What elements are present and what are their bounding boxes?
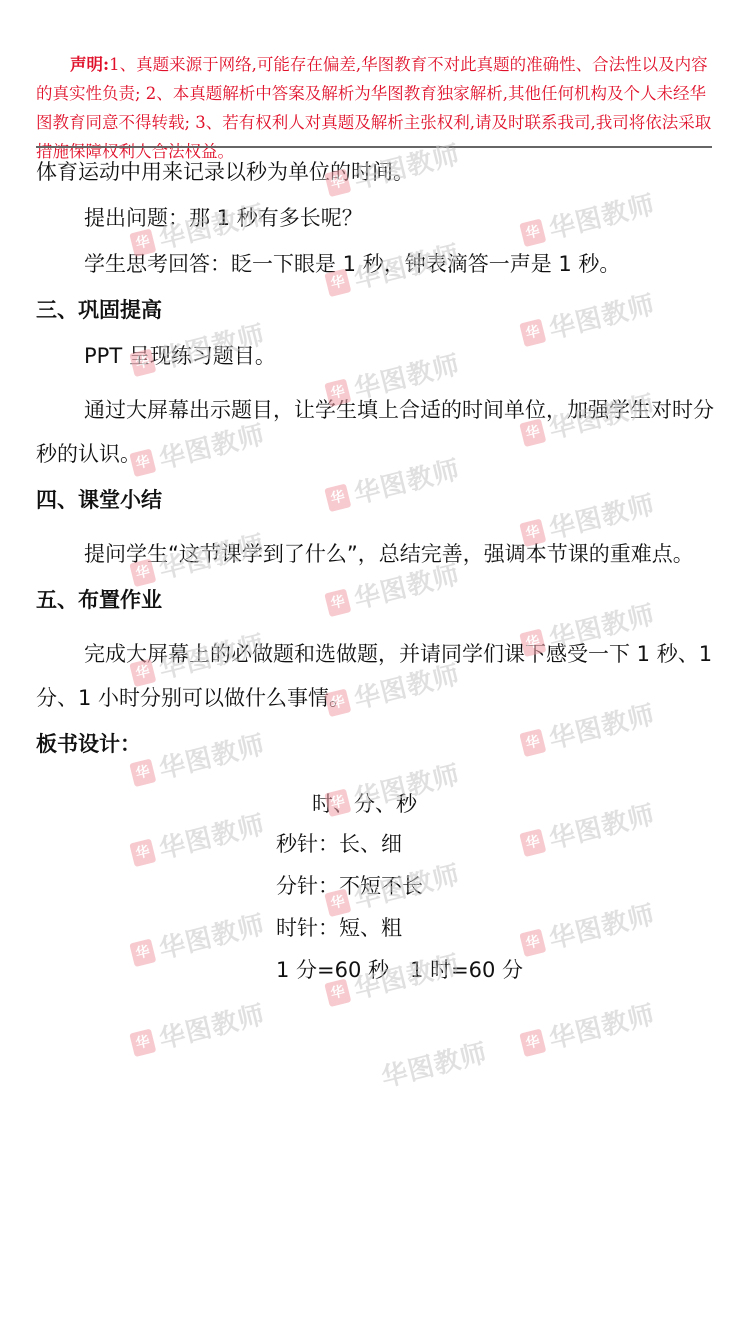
watermark: 华华图教师 [128,994,269,1063]
document-body: 体育运动中用来记录以秒为单位的时间。 提出问题：那 1 秒有多长呢？ 学生思考回… [36,158,716,776]
paragraph: 通过大屏幕出示题目，让学生填上合适的时间单位，加强学生对时分秒的认识。 [36,388,716,476]
watermark: 华华图教师 [128,804,269,873]
watermark-logo-icon: 华 [129,1028,156,1057]
paragraph: 提出问题：那 1 秒有多长呢？ [36,204,716,232]
disclaimer-notice: 声明:1、真题来源于网络,可能存在偏差,华图教育不对此真题的准确性、合法性以及内… [36,50,712,166]
paragraph: PPT 呈现练习题目。 [36,342,716,370]
disclaimer-lead: 声明: [70,55,109,74]
paragraph: 完成大屏幕上的必做题和选做题，并请同学们课下感受一下 1 秒、1 分、1 小时分… [36,632,716,720]
watermark-logo-icon: 华 [129,838,156,867]
watermark: 华华图教师 [518,794,659,863]
watermark: 华图教师 [377,1032,491,1094]
watermark: 华华图教师 [518,994,659,1063]
watermark-logo-icon: 华 [519,828,546,857]
paragraph: 体育运动中用来记录以秒为单位的时间。 [36,158,716,186]
header-divider [36,146,712,148]
board-row: 分针：不短不长 [276,872,523,900]
board-title: 时、分、秒 [276,790,523,818]
section-heading: 四、课堂小结 [36,486,716,514]
paragraph: 提问学生“这节课学到了什么”，总结完善，强调本节课的重难点。 [36,532,716,576]
board-design: 时、分、秒 秒针：长、细 分针：不短不长 时针：短、粗 1 分=60 秒 1 时… [276,790,523,998]
paragraph: 学生思考回答：眨一下眼是 1 秒，钟表滴答一声是 1 秒。 [36,250,716,278]
section-heading: 三、巩固提高 [36,296,716,324]
watermark-logo-icon: 华 [129,938,156,967]
watermark: 华华图教师 [128,904,269,973]
watermark: 华华图教师 [518,894,659,963]
board-row: 时针：短、粗 [276,914,523,942]
watermark-logo-icon: 华 [519,1028,546,1057]
board-row: 秒针：长、细 [276,830,523,858]
watermark-logo-icon: 华 [519,928,546,957]
board-row: 1 分=60 秒 1 时=60 分 [276,956,523,984]
section-heading: 五、布置作业 [36,586,716,614]
section-heading: 板书设计： [36,730,716,758]
